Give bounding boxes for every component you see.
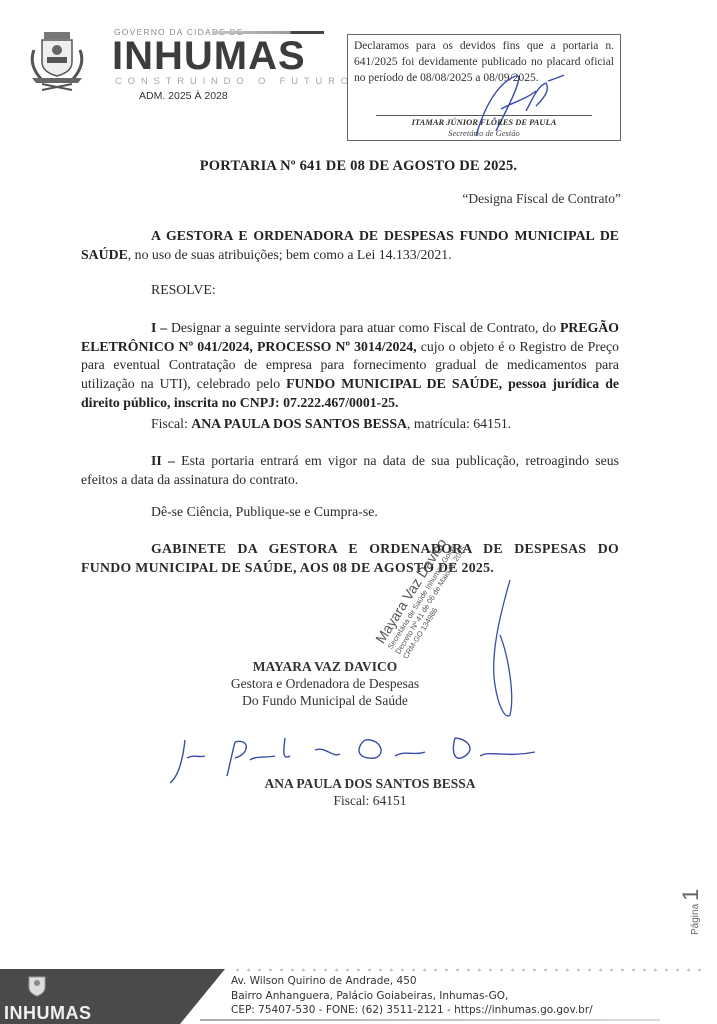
manager-signature-block: MAYARA VAZ DAVICO Gestora e Ordenadora d… xyxy=(220,658,430,709)
signature-line xyxy=(376,115,592,116)
preamble-paragraph: A GESTORA E ORDENADORA DE DESPESAS FUNDO… xyxy=(81,227,619,264)
resolve-heading: RESOLVE: xyxy=(81,281,619,300)
municipal-logo: GOVERNO DA CIDADE DE INHUMAS CONSTRUINDO… xyxy=(22,22,332,102)
fiscal-signer-name: ANA PAULA DOS SANTOS BESSA xyxy=(220,775,520,792)
document-subtitle: “Designa Fiscal de Contrato” xyxy=(462,191,621,207)
administration-period: ADM. 2025 À 2028 xyxy=(139,90,228,102)
fiscal-name: ANA PAULA DOS SANTOS BESSA xyxy=(191,416,407,431)
fiscal-signature-block: ANA PAULA DOS SANTOS BESSA Fiscal: 64151 xyxy=(220,775,520,809)
footer-dotted-divider xyxy=(232,968,702,972)
footer-rule xyxy=(200,1019,660,1021)
fiscal-registration: , matrícula: 64151. xyxy=(407,416,511,431)
footer-brand: INHUMAS xyxy=(4,1003,92,1024)
address-contact[interactable]: CEP: 75407-530 - FONE: (62) 3511-2121 - … xyxy=(231,1003,593,1018)
cabinet-paragraph: GABINETE DA GESTORA E ORDENADORA DE DESP… xyxy=(81,540,619,577)
publication-declaration-box: Declaramos para os devidos fins que a po… xyxy=(347,34,621,141)
page-number-value: 1 xyxy=(678,889,703,901)
page-label: Página xyxy=(690,904,701,935)
footer-address: Av. Wilson Quirino de Andrade, 450 Bairr… xyxy=(231,974,593,1018)
manager-name: MAYARA VAZ DAVICO xyxy=(220,658,430,675)
fiscal-signer-role: Fiscal: 64151 xyxy=(220,792,520,809)
document-title: PORTARIA Nº 641 DE 08 DE AGOSTO DE 2025. xyxy=(0,158,717,175)
article-1-label: I – xyxy=(151,320,171,335)
article-2-label: II – xyxy=(151,453,181,468)
tagline: CONSTRUINDO O FUTURO xyxy=(115,76,354,87)
manager-signature-stroke-icon xyxy=(470,575,530,725)
closing-line: Dê-se Ciência, Publique-se e Cumpra-se. xyxy=(81,503,619,522)
manager-role-line2: Do Fundo Municipal de Saúde xyxy=(220,692,430,709)
article-1-paragraph: I – Designar a seguinte servidora para a… xyxy=(81,319,619,413)
page-number: Página1 xyxy=(678,889,704,935)
fiscal-line: Fiscal: ANA PAULA DOS SANTOS BESSA, matr… xyxy=(81,415,619,434)
coat-of-arms-icon xyxy=(28,30,86,92)
fiscal-label: Fiscal: xyxy=(151,416,191,431)
article-1-text-a: Designar a seguinte servidora para atuar… xyxy=(171,320,560,335)
manager-role-line1: Gestora e Ordenadora de Despesas xyxy=(220,675,430,692)
declaration-signer-role: Secretário de Gestão xyxy=(348,128,620,138)
footer-coat-of-arms-icon xyxy=(24,974,50,998)
preamble-rest: , no uso de suas atribuições; bem como a… xyxy=(128,247,452,262)
city-brand: INHUMAS xyxy=(112,34,306,78)
stamp-role: Secretária de Saúde Inhumas-Goiás xyxy=(386,519,473,651)
declaration-signer-name: ITAMAR JÚNIOR FLÔRES DE PAULA xyxy=(348,117,620,127)
address-street: Av. Wilson Quirino de Andrade, 450 xyxy=(231,974,593,989)
article-2-paragraph: II – Esta portaria entrará em vigor na d… xyxy=(81,452,619,489)
address-district: Bairro Anhanguera, Palácio Goiabeiras, I… xyxy=(231,989,593,1004)
